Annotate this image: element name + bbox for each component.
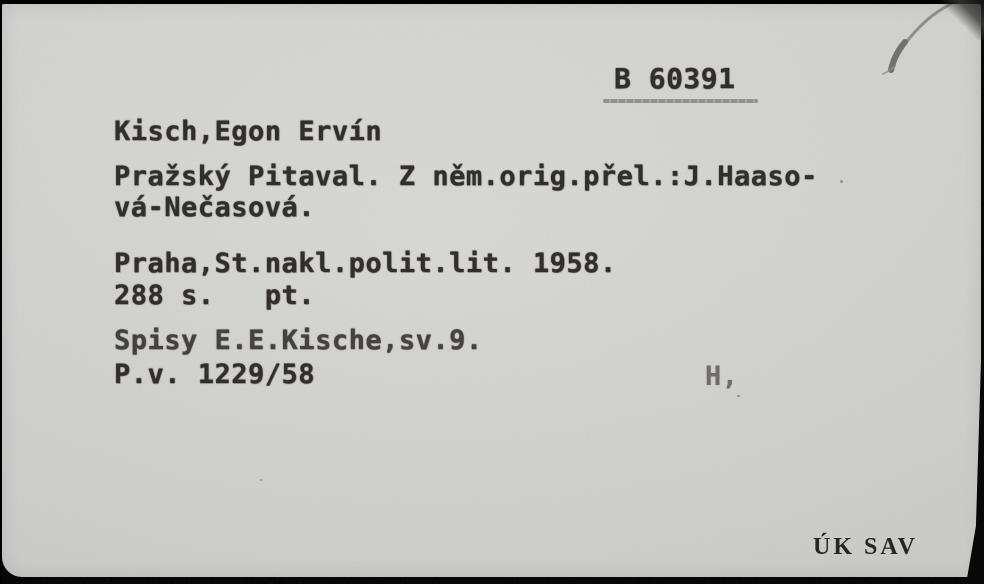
accession-number: P.v. 1229/58 (114, 360, 315, 390)
scan-speck (260, 479, 262, 481)
author-heading: Kisch,Egon Ervín (114, 117, 382, 147)
scan-corner-shadow (938, 0, 984, 40)
scanned-catalog-card-image: B 60391 Kisch,Egon Ervín Pražský Pitaval… (0, 0, 984, 584)
scan-speck (840, 180, 843, 183)
title-statement-line-2: vá-Nečasová. (114, 193, 315, 223)
annotation-letter: H, (705, 362, 739, 392)
catalog-card: B 60391 Kisch,Egon Ervín Pražský Pitaval… (2, 4, 981, 577)
series-note: Spisy E.E.Kische,sv.9. (114, 326, 483, 356)
imprint-line: Praha,St.nakl.polit.lit. 1958. (114, 249, 617, 279)
scan-speck (737, 395, 740, 397)
collation-line: 288 s. pt. (114, 281, 315, 311)
call-number-underline (603, 99, 758, 103)
title-statement-line-1: Pražský Pitaval. Z něm.orig.přel.:J.Haas… (114, 162, 818, 192)
library-stamp: ÚK SAV (813, 534, 918, 561)
call-number: B 60391 (614, 64, 736, 94)
